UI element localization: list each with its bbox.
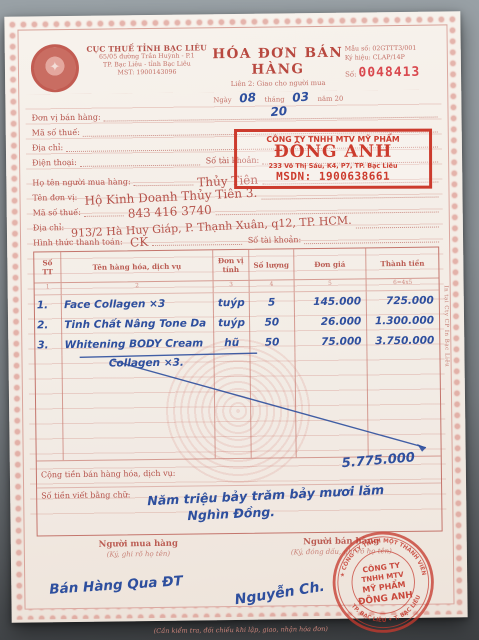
invoice-number: 0048413 <box>358 65 420 81</box>
col-num: 5 <box>293 279 366 292</box>
item-1-amount: 725.000 <box>366 291 439 312</box>
invoice-number-label: Số: <box>345 70 357 78</box>
col-header-stt: Số TT <box>34 252 61 283</box>
col-header-name: Tên hàng hóa, dịch vụ <box>60 250 212 283</box>
seller-phone-blank <box>80 153 200 166</box>
empty-cell <box>213 353 250 370</box>
buyer-signature-note: (Ký, ghi rõ họ tên) <box>37 549 240 559</box>
col-num: 1 <box>35 283 61 295</box>
amount-in-words-row: Số tiền viết bằng chữ: Năm triệu bảy tră… <box>37 483 442 536</box>
item-1-unit: tuýp <box>212 293 249 313</box>
date-word-day: Ngày <box>213 96 231 104</box>
buyer-addr-label: Địa chỉ: <box>33 223 67 232</box>
item-2-amount: 1.300.000 <box>366 311 439 332</box>
empty-cell <box>294 368 368 457</box>
item-3-qty: 50 <box>249 332 294 353</box>
signature-area: Người mua hàng (Ký, ghi rõ họ tên) Người… <box>37 535 444 626</box>
seller-addr-label: Địa chỉ: <box>32 143 66 152</box>
col-header-amount: Thành tiền <box>365 248 438 280</box>
item-2-stt: 2. <box>35 315 61 335</box>
item-2-price: 26.000 <box>293 311 366 332</box>
buyer-addr-blank <box>356 216 439 229</box>
col-header-qty: Số lượng <box>248 249 293 281</box>
handwritten-payment-method: CK <box>129 235 148 250</box>
meta-block: Mẫu số: 02GTTT3/001 Ký hiệu: CLAP/14P Số… <box>345 38 438 101</box>
item-3-stt: 3. <box>35 335 61 355</box>
item-3-amount: 3.750.000 <box>366 331 439 352</box>
col-header-price: Đơn giá <box>293 248 366 280</box>
item-3-unit: hũ <box>213 333 250 353</box>
empty-cell <box>35 355 61 372</box>
total-label: Cộng tiền bán hàng hóa, dịch vụ: <box>37 468 176 479</box>
item-1-name: Face Collagen ×3 <box>61 293 213 315</box>
item-1-price: 145.000 <box>293 291 366 312</box>
buyer-account-label: Số tài khoản: <box>248 235 305 245</box>
empty-cell <box>250 369 296 458</box>
agency-tax-id: MST: 1900143096 <box>83 68 211 77</box>
round-company-stamp: ★ CÔNG TY TNHH MỘT THÀNH VIÊN ★ TP. BẠC … <box>325 524 442 640</box>
invoice-title: HÓA ĐƠN BÁN HÀNG <box>211 45 345 79</box>
title-block: HÓA ĐƠN BÁN HÀNG Liên 2: Giao cho người … <box>211 39 346 103</box>
item-3-name: Whitening BODY Cream <box>61 333 213 355</box>
seller-unit-label: Đơn vị bán hàng: <box>31 113 103 123</box>
agency-block: CỤC THUẾ TỈNH BẠC LIÊU 65/05 đường Trần … <box>83 40 212 104</box>
tax-department-emblem-icon <box>31 44 80 93</box>
buyer-name-label: Họ tên người mua hàng: <box>32 177 133 187</box>
handwritten-month: 03 <box>292 90 310 105</box>
buyer-unit-label: Tên đơn vị: <box>32 193 80 203</box>
items-table: Số TT Tên hàng hóa, dịch vụ Đơn vị tính … <box>33 247 442 537</box>
item-2-qty: 50 <box>249 312 294 333</box>
col-header-unit: Đơn vị tính <box>212 250 249 281</box>
header: CỤC THUẾ TỈNH BẠC LIÊU 65/05 đường Trần … <box>31 38 438 105</box>
date-word-month: tháng <box>265 95 285 103</box>
empty-cell <box>213 370 250 458</box>
date-word-year: năm 20 <box>318 95 344 103</box>
printer-side-note: In tại Cty CP In Bạc Liêu <box>443 285 450 367</box>
stamp-company-name: ĐÔNG ANH <box>239 144 427 162</box>
buyer-account-blank <box>304 231 439 245</box>
item-3-name-continuation: Collagen ×3. <box>62 353 214 372</box>
handwritten-words-2: Nghìn Đồng. <box>187 504 275 523</box>
copy-line: Liên 2: Giao cho người mua <box>211 79 345 89</box>
empty-cell <box>367 368 441 457</box>
stamp-company-msdn: MSDN: 1900638661 <box>239 169 427 182</box>
seller-tax-label: Mã số thuế: <box>32 128 83 138</box>
invoice-paper: CỤC THUẾ TỈNH BẠC LIÊU 65/05 đường Trần … <box>4 11 467 623</box>
col-num: 3 <box>212 281 249 293</box>
seller-phone-label: Điện thoại: <box>32 158 80 168</box>
item-1-qty: 5 <box>249 292 294 313</box>
item-2-name: Tinh Chất Nâng Tone Da <box>61 313 213 335</box>
item-3-price: 75.000 <box>294 331 367 352</box>
words-label: Số tiền viết bằng chữ: <box>41 490 130 500</box>
handwritten-day: 08 <box>239 90 257 105</box>
seller-rect-stamp: CÔNG TY TNHH MTV MỸ PHẨM ĐÔNG ANH 233 Võ… <box>234 129 432 189</box>
empty-cell <box>367 351 440 369</box>
item-2-unit: tuýp <box>213 313 250 333</box>
empty-cell <box>294 351 367 369</box>
buyer-name-blank <box>134 174 194 187</box>
col-num: 6=4x5 <box>366 279 439 292</box>
paper-surface: CỤC THUẾ TỈNH BẠC LIÊU 65/05 đường Trần … <box>17 24 454 609</box>
item-1-stt: 1. <box>35 295 61 315</box>
empty-cell <box>36 372 63 460</box>
buyer-tax-label: Mã số thuế: <box>33 208 84 218</box>
empty-cell <box>250 352 295 370</box>
col-num: 4 <box>249 280 294 293</box>
ornamental-border: CỤC THUẾ TỈNH BẠC LIÊU 65/05 đường Trần … <box>7 14 464 619</box>
empty-cell <box>62 370 215 460</box>
